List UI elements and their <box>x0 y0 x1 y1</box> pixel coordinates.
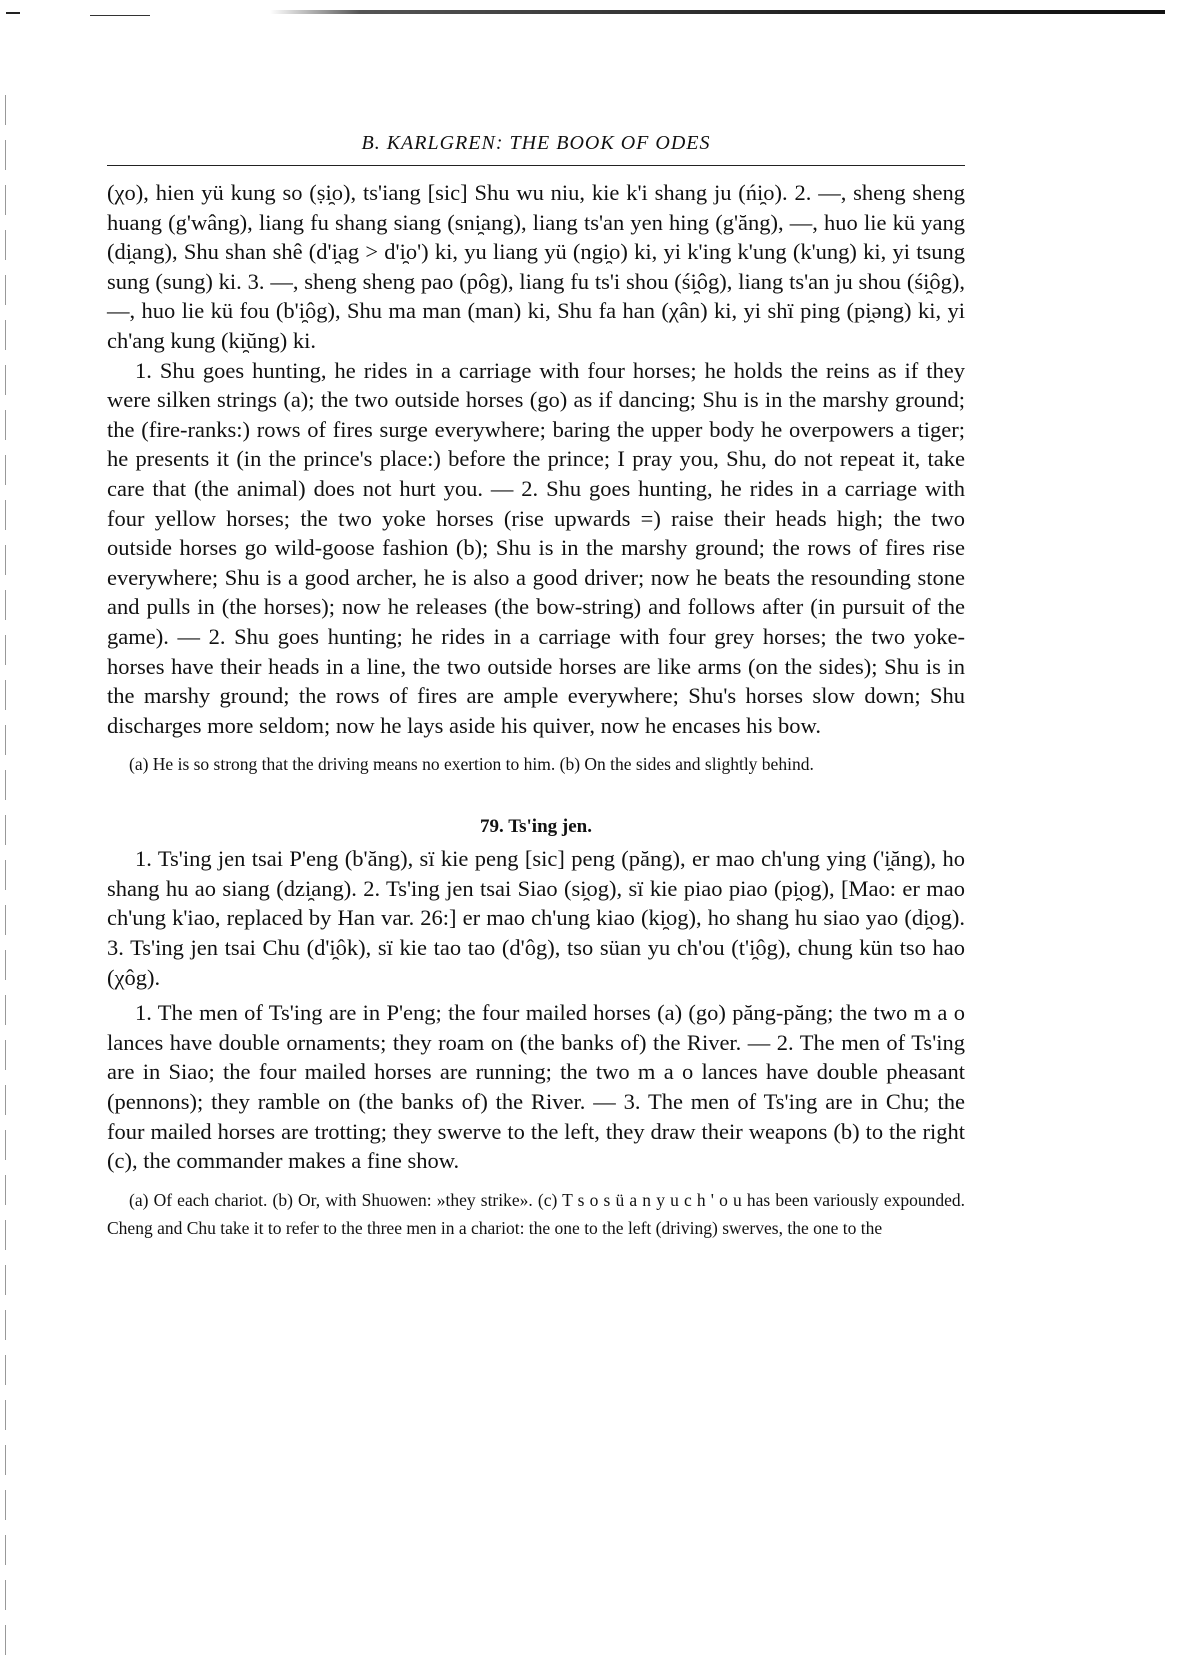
book-page: B. KARLGREN: THE BOOK OF ODES (χo), hien… <box>107 132 965 1242</box>
ode-78-translation: 1. Shu goes hunting, he rides in a carri… <box>107 356 965 741</box>
ode-79-translation: 1. The men of Ts'ing are in P'eng; the f… <box>107 998 965 1176</box>
ode-79-transcription: 1. Ts'ing jen tsai P'eng (b'ăng), sï kie… <box>107 844 965 992</box>
scan-artifact-corner <box>6 12 20 14</box>
ode-79-title: 79. Ts'ing jen. <box>107 816 965 838</box>
ode-78-transcription-continued: (χo), hien yü kung so (ṣi̯o), ts'iang [s… <box>107 178 965 356</box>
scan-artifact-top-edge <box>270 10 1165 14</box>
ode-79-footnotes: (a) Of each chariot. (b) Or, with Shuowe… <box>107 1186 965 1242</box>
scan-artifact-line <box>90 15 150 16</box>
scan-artifact-left-edge <box>5 95 6 1655</box>
ode-78-footnotes: (a) He is so strong that the driving mea… <box>107 750 965 778</box>
running-head: B. KARLGREN: THE BOOK OF ODES <box>107 132 965 166</box>
